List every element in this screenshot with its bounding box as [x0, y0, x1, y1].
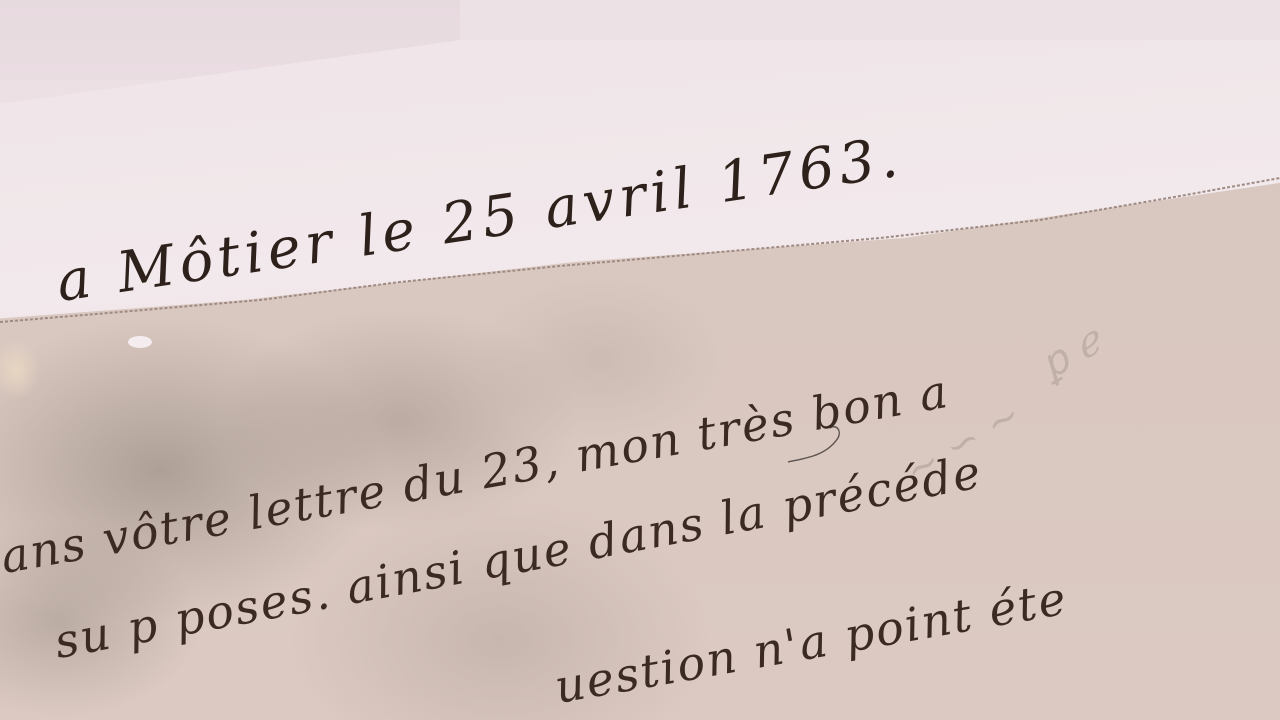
water-stain [0, 340, 40, 400]
